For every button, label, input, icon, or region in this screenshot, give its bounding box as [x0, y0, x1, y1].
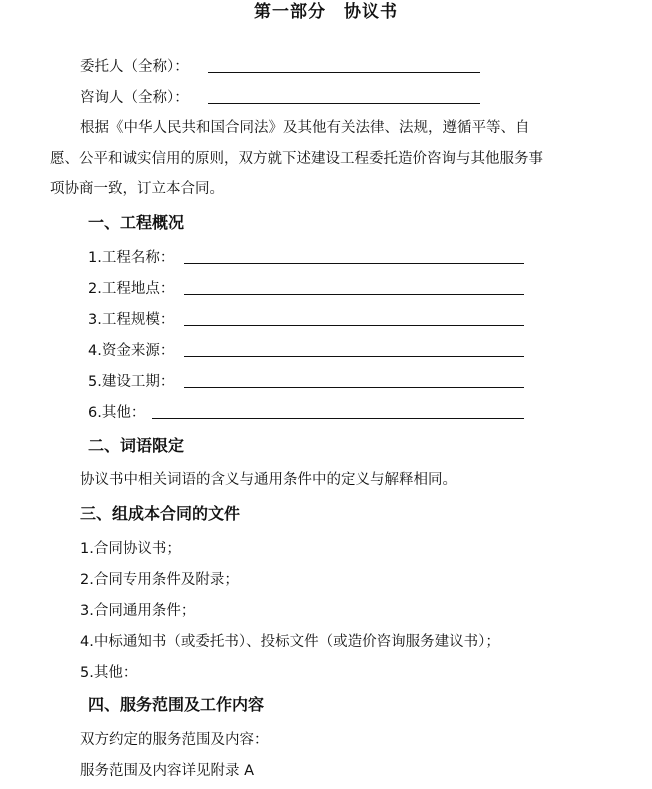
funding-source-label: 4.资金来源： — [88, 341, 174, 361]
construction-period-field[interactable] — [184, 387, 524, 388]
project-scale-label: 3.工程规模： — [88, 310, 174, 330]
section-3-heading: 三、组成本合同的文件 — [80, 503, 240, 525]
project-name-label: 1.工程名称： — [88, 248, 174, 268]
client-label: 委托人（全称）： — [80, 57, 189, 77]
document-item: 4.中标通知书（或委托书）、投标文件（或造价咨询服务建议书）； — [80, 632, 500, 652]
section-1-heading: 一、工程概况 — [88, 212, 184, 234]
project-location-label: 2.工程地点： — [88, 279, 174, 299]
intro-line-3: 项协商一致，订立本合同。 — [50, 179, 224, 199]
construction-period-label: 5.建设工期： — [88, 372, 174, 392]
project-location-field[interactable] — [184, 294, 524, 295]
section-2-heading: 二、词语限定 — [88, 435, 184, 457]
consultant-name-field[interactable] — [208, 103, 480, 104]
section-4-line-2: 服务范围及内容详见附录 A — [80, 761, 254, 781]
consultant-label: 咨询人（全称）： — [80, 88, 189, 108]
intro-line-2: 愿、公平和诚实信用的原则，双方就下述建设工程委托造价咨询与其他服务事 — [50, 149, 543, 169]
document-item: 2.合同专用条件及附录； — [80, 570, 239, 590]
intro-line-1: 根据《中华人民共和国合同法》及其他有关法律、法规，遵循平等、自 — [80, 118, 530, 138]
project-name-field[interactable] — [184, 263, 524, 264]
section-2-text: 协议书中相关词语的含义与通用条件中的定义与解释相同。 — [80, 470, 457, 490]
document-item: 1.合同协议书； — [80, 539, 181, 559]
document-item: 5.其他： — [80, 663, 137, 683]
other-field[interactable] — [152, 418, 524, 419]
funding-source-field[interactable] — [184, 356, 524, 357]
other-label: 6.其他： — [88, 403, 145, 423]
project-scale-field[interactable] — [184, 325, 524, 326]
section-4-line-1: 双方约定的服务范围及内容： — [80, 730, 269, 750]
document-item: 3.合同通用条件； — [80, 601, 195, 621]
section-4-heading: 四、服务范围及工作内容 — [88, 694, 264, 716]
page-title: 第一部分 协议书 — [0, 0, 652, 24]
client-name-field[interactable] — [208, 72, 480, 73]
